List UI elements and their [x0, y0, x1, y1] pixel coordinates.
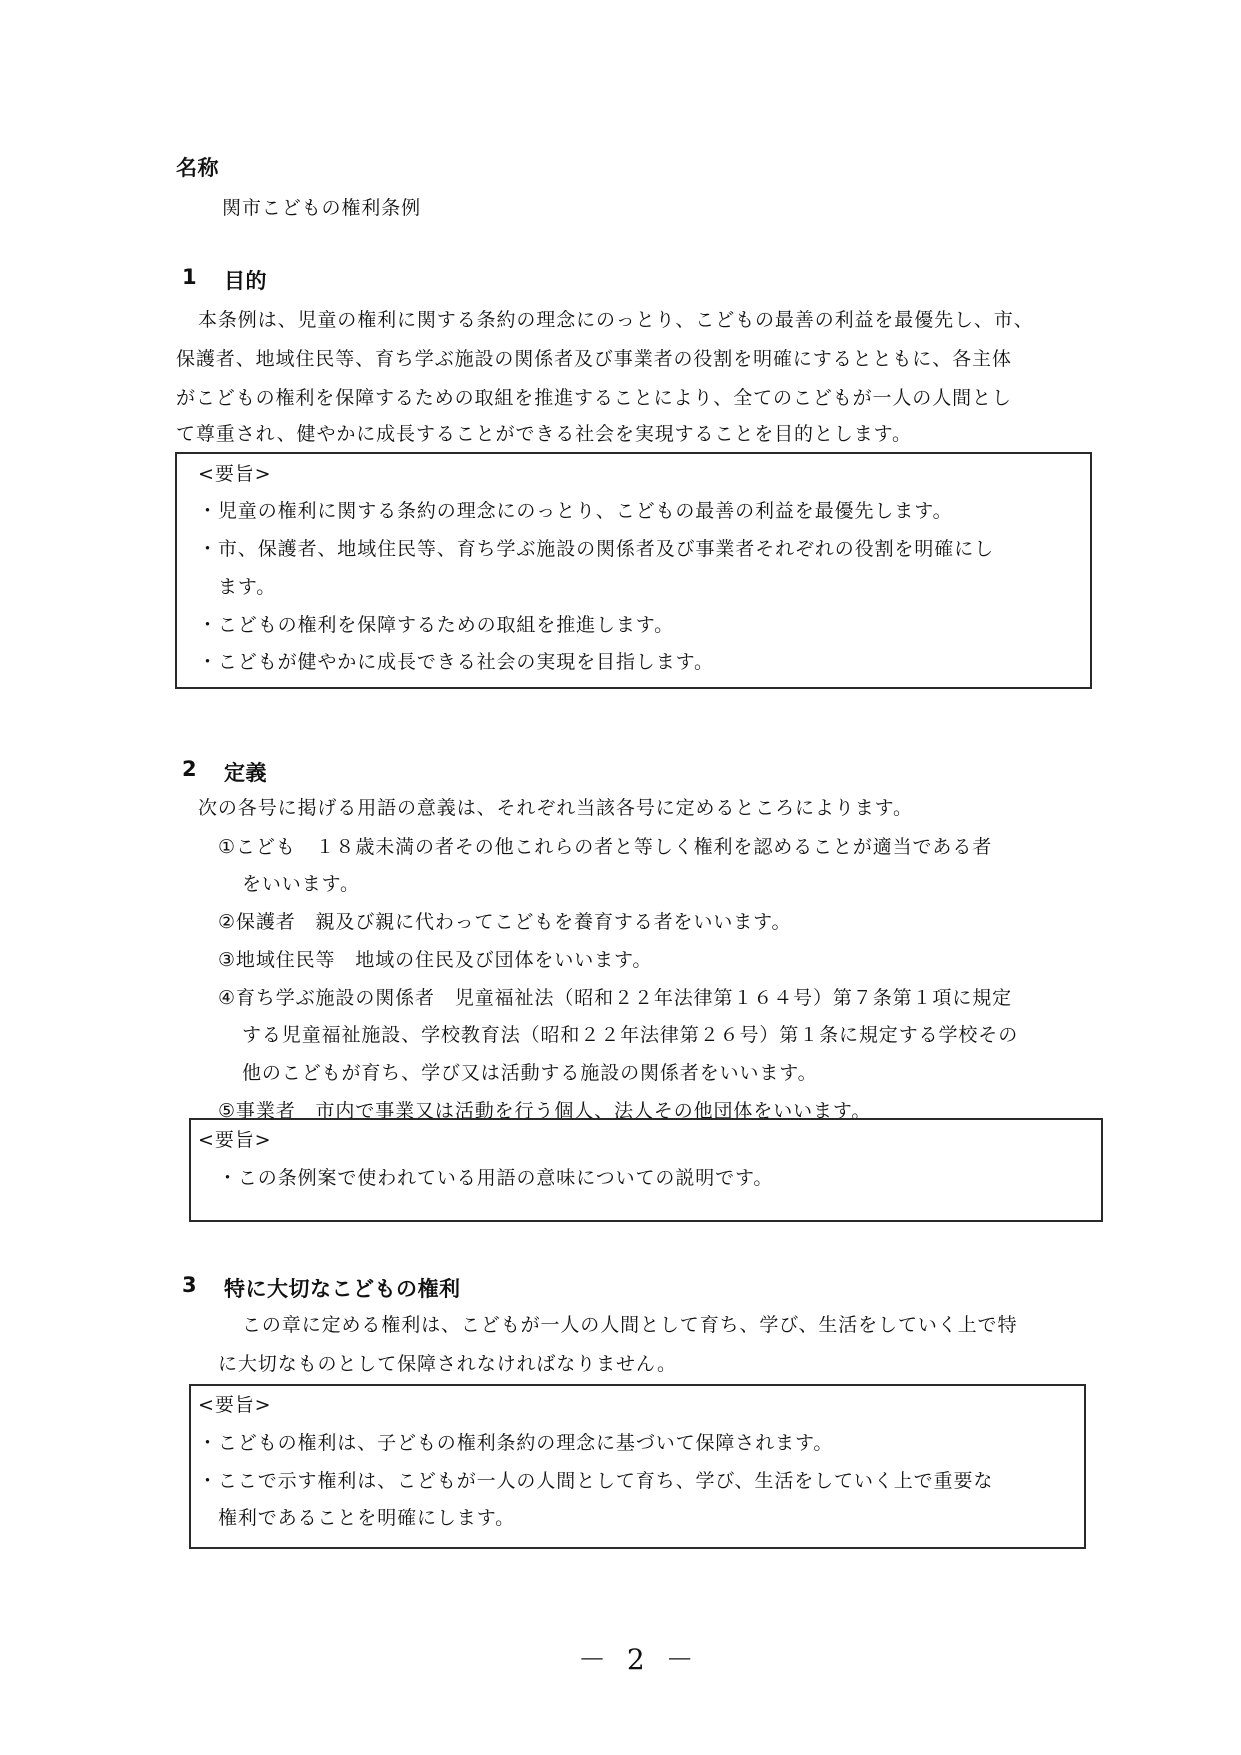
- summary-bullet: ・ここで示す権利は、こどもが一人の人間として育ち、学び、生活をしていく上で重要な: [198, 1466, 993, 1493]
- summary-bullet-cont: 権利であることを明確にします。: [218, 1503, 515, 1530]
- summary-bullet-cont: ます。: [218, 572, 276, 599]
- section2-title: 定義: [224, 757, 267, 787]
- definition-line: ④育ち学ぶ施設の関係者 児童福祉法（昭和２２年法律第１６４号）第７条第１項に規定: [218, 983, 1012, 1010]
- section2-intro: 次の各号に掲げる用語の意義は、それぞれ当該各号に定めるところによります。: [198, 793, 913, 820]
- section1-body-line: 本条例は、児童の権利に関する条約の理念にのっとり、こどもの最善の利益を最優先し、…: [198, 305, 1034, 332]
- name-heading: 名称: [176, 152, 219, 182]
- section1-body-line: がこどもの権利を保障するための取組を推進することにより、全てのこどもが一人の人間…: [176, 383, 1012, 410]
- section3-title: 特に大切なこどもの権利: [224, 1273, 461, 1303]
- section1-title: 目的: [224, 265, 267, 295]
- summary-bullet: ・児童の権利に関する条約の理念にのっとり、こどもの最善の利益を最優先します。: [198, 496, 953, 523]
- definition-line: をいいます。: [242, 869, 360, 896]
- section1-body-line: 保護者、地域住民等、育ち学ぶ施設の関係者及び事業者の役割を明確にするとともに、各…: [176, 344, 1012, 371]
- definition-line: ③地域住民等 地域の住民及び団体をいいます。: [218, 945, 652, 972]
- section1-body-line: て尊重され、健やかに成長することができる社会を実現することを目的とします。: [176, 419, 912, 446]
- summary-bullet: ・こどもが健やかに成長できる社会の実現を目指します。: [198, 647, 714, 674]
- definition-line: ②保護者 親及び親に代わってこどもを養育する者をいいます。: [218, 907, 791, 934]
- section3-body-line: に大切なものとして保障されなければなりません。: [218, 1349, 677, 1376]
- section2-summary-label: <要旨>: [198, 1125, 271, 1152]
- definition-line: 他のこどもが育ち、学び又は活動する施設の関係者をいいます。: [242, 1058, 818, 1085]
- page-number: － 2 －: [578, 1638, 700, 1678]
- section1-summary-label: <要旨>: [198, 459, 271, 486]
- summary-bullet: ・この条例案で使われている用語の意味についての説明です。: [218, 1163, 773, 1190]
- section2-number: 2: [182, 757, 197, 781]
- definition-line: ①こども １８歳未満の者その他これらの者と等しく権利を認めることが適当である者: [218, 832, 992, 859]
- summary-bullet: ・こどもの権利を保障するための取組を推進します。: [198, 610, 674, 637]
- section3-number: 3: [182, 1273, 197, 1297]
- section1-number: 1: [182, 265, 197, 289]
- section3-body-line: この章に定める権利は、こどもが一人の人間として育ち、学び、生活をしていく上で特: [242, 1310, 1017, 1337]
- summary-bullet: ・市、保護者、地域住民等、育ち学ぶ施設の関係者及び事業者それぞれの役割を明確にし: [198, 534, 994, 561]
- summary-bullet: ・こどもの権利は、子どもの権利条約の理念に基づいて保障されます。: [198, 1428, 833, 1455]
- ordinance-name: 関市こどもの権利条例: [222, 193, 421, 220]
- section3-summary-label: <要旨>: [198, 1390, 271, 1417]
- definition-line: する児童福祉施設、学校教育法（昭和２２年法律第２６号）第１条に規定する学校その: [242, 1020, 1018, 1047]
